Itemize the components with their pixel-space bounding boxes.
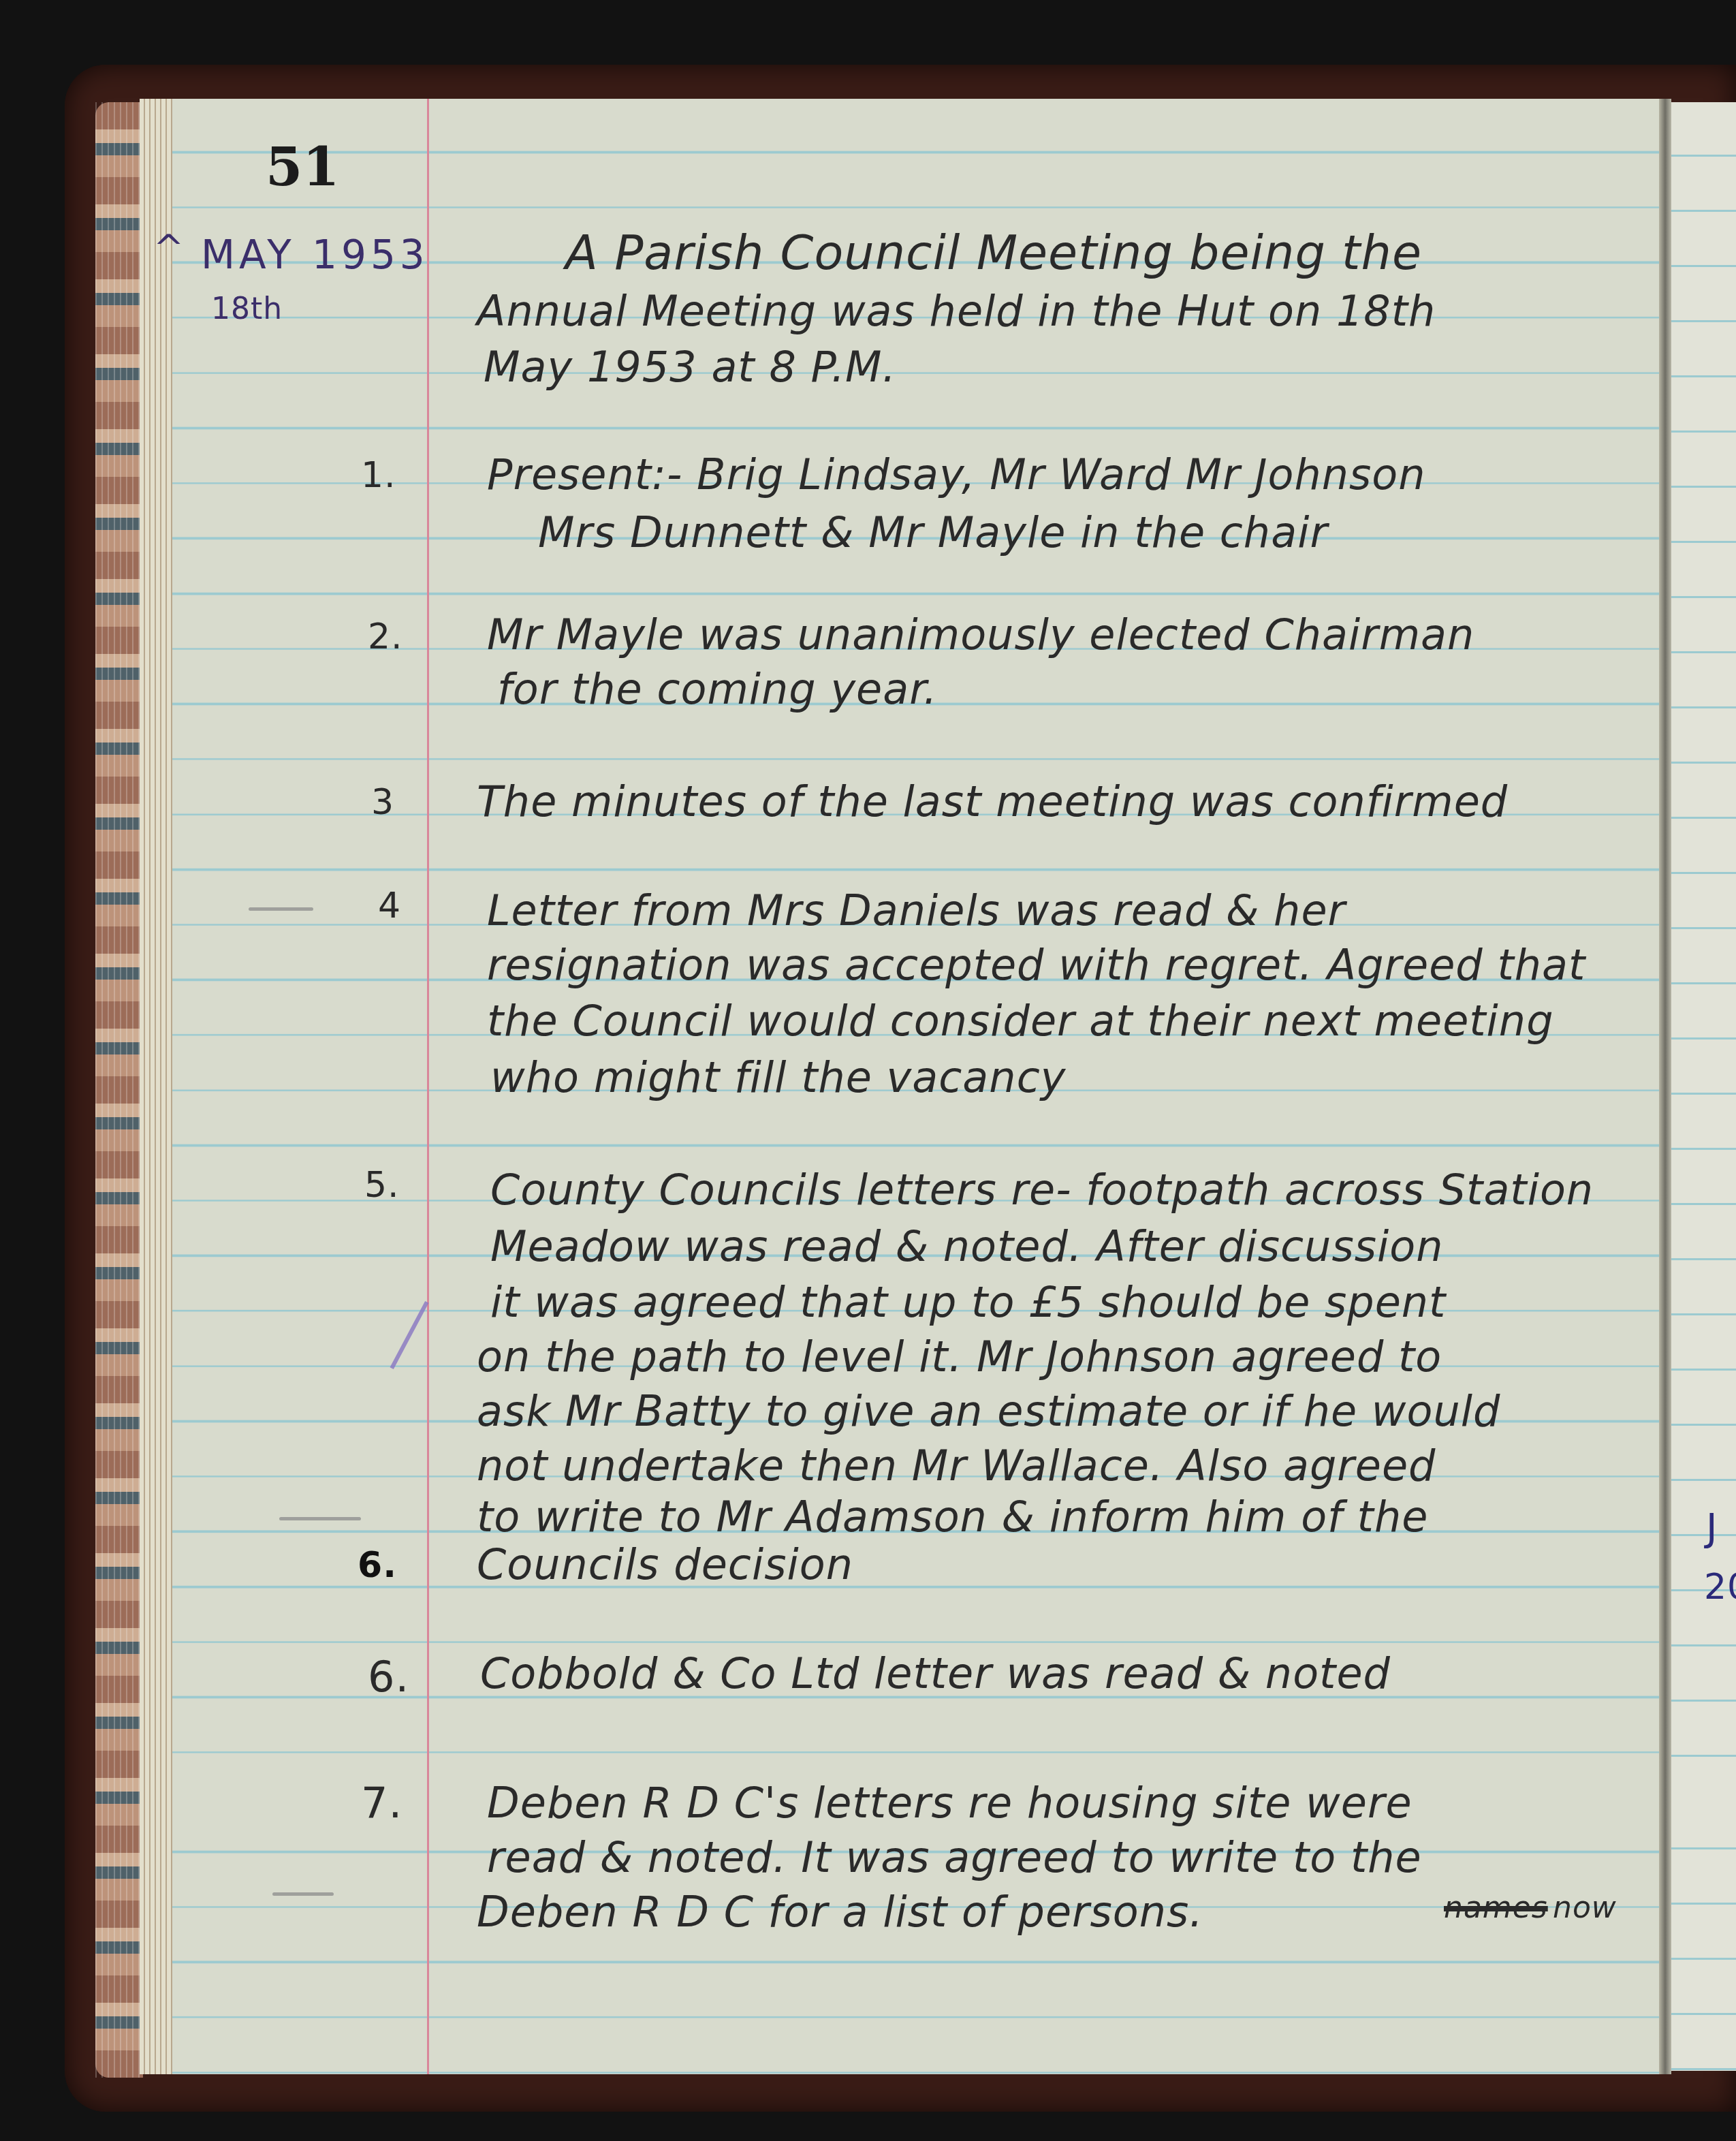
item-5-line-3: it was agreed that up to £5 should be sp… [490,1277,1446,1327]
margin-caret: ^ [153,226,185,269]
item-7-number: 7. [361,1778,403,1828]
struck-word: names [1444,1890,1548,1925]
heading-line-2: Annual Meeting was held in the Hut on 18… [477,286,1436,336]
item-5-line-4: on the path to level it. Mr Johnson agre… [477,1332,1442,1381]
red-margin-line [427,99,429,2074]
marbled-page-edges [95,102,143,2078]
item-6-line-1: Cobbold & Co Ltd letter was read & noted [480,1648,1391,1698]
margin-month-year: MAY 1953 [201,232,429,278]
blotted-item-number: 6. [358,1545,397,1586]
page-number: 51 [266,136,340,198]
margin-dash-mark [272,1892,334,1896]
trailing-word: now [1553,1890,1617,1925]
heading-line-1: A Parish Council Meeting being the [565,225,1422,281]
item-1-line-1: Present:- Brig Lindsay, Mr Ward Mr Johns… [487,450,1426,499]
margin-dash-mark [279,1517,361,1520]
item-5-line-5: ask Mr Batty to give an estimate or if h… [477,1386,1500,1436]
item-3-line-1: The minutes of the last meeting was conf… [477,777,1508,826]
item-4-line-3: the Council would consider at their next… [487,996,1554,1046]
margin-day: 18th [211,292,283,326]
item-4-line-1: Letter from Mrs Daniels was read & her [487,886,1346,935]
item-7-line-3: Deben R D C for a list of persons. [477,1887,1203,1937]
item-3-number: 3 [371,782,394,823]
margin-dash-mark [249,907,313,911]
facing-page [1671,102,1736,2071]
item-5-number: 5. [364,1165,400,1206]
item-1-line-2: Mrs Dunnett & Mr Mayle in the chair [538,507,1328,557]
facing-page-fragment-2: 20 [1704,1567,1736,1608]
item-5-line-6: not undertake then Mr Wallace. Also agre… [477,1441,1436,1490]
item-4-line-4: who might fill the vacancy [490,1052,1066,1102]
item-5-line-2: Meadow was read & noted. After discussio… [490,1221,1443,1271]
page-stack-edge [140,99,172,2074]
item-6-number: 6. [368,1652,409,1702]
item-5-line-1: County Councils letters re- footpath acr… [490,1165,1594,1215]
item-2-line-1: Mr Mayle was unanimously elected Chairma… [487,610,1474,659]
item-2-number: 2. [368,616,403,657]
item-2-line-2: for the coming year. [497,664,938,714]
item-5-line-7: to write to Mr Adamson & inform him of t… [477,1492,1428,1542]
item-7-line-2: read & noted. It was agreed to write to … [487,1832,1422,1882]
facing-page-fragment-1: J [1706,1505,1718,1550]
book-gutter [1659,99,1671,2074]
item-5-line-8: Councils decision [477,1540,853,1589]
item-4-number: 4 [378,886,401,926]
heading-line-3: May 1953 at 8 P.M. [484,342,896,392]
item-4-line-2: resignation was accepted with regret. Ag… [487,940,1585,990]
item-1-number: 1. [361,455,396,496]
item-7-line-1: Deben R D C's letters re housing site we… [487,1778,1413,1828]
